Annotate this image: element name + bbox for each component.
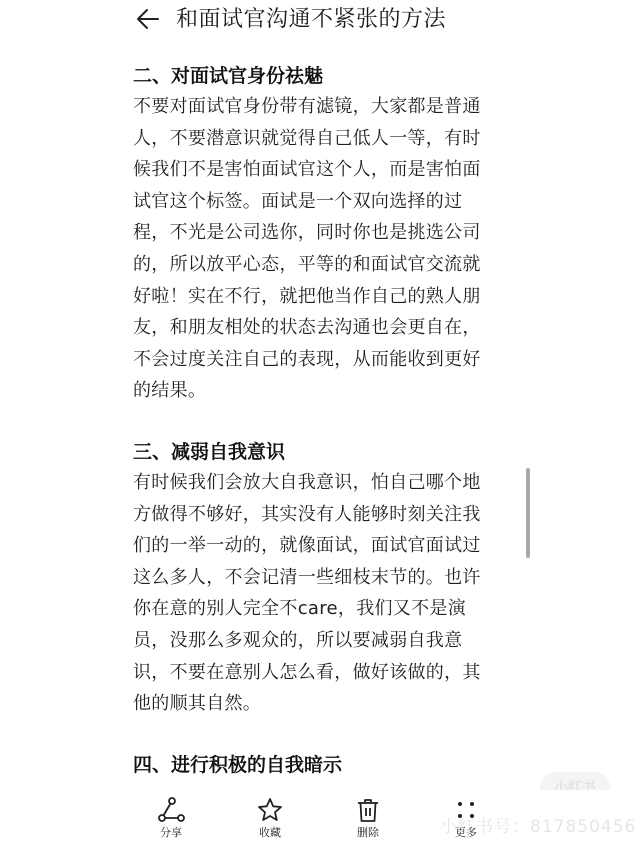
- favorite-label: 收藏: [240, 826, 300, 840]
- section-2: 二、对面试官身份祛魅 不要对面试官身份带有滤镜，大家都是普通 人，不要潜意识就觉…: [133, 61, 533, 407]
- section-title: 三、减弱自我意识: [133, 437, 533, 467]
- section-paragraph: 不要对面试官身份带有滤镜，大家都是普通 人，不要潜意识就觉得自己低人一等，有时 …: [133, 91, 533, 407]
- page-title: 和面试官沟通不紧张的方法: [176, 4, 446, 36]
- text-line: 的结果。: [133, 375, 533, 407]
- text-line: 员，没那么多观众的，所以要减弱自我意: [133, 625, 533, 657]
- text-line: 好啦！实在不行，就把他当作自己的熟人朋: [133, 281, 533, 313]
- text-line: 人，不要潜意识就觉得自己低人一等，有时: [133, 123, 533, 155]
- section-title: 四、进行积极的自我暗示: [133, 750, 533, 780]
- spacer: [133, 720, 533, 750]
- trash-icon: [354, 796, 382, 824]
- text-line: 候我们不是害怕面试官这个人，而是害怕面: [133, 154, 533, 186]
- watermark-text: 小红书号：817850456: [440, 812, 636, 837]
- text-line: 的，所以放平心态，平等的和面试官交流就: [133, 249, 533, 281]
- text-line: 识，不要在意别人怎么看，做好该做的，其: [133, 657, 533, 689]
- text-line: 程，不光是公司选你，同时你也是挑选公司: [133, 217, 533, 249]
- article-content[interactable]: 二、对面试官身份祛魅 不要对面试官身份带有滤镜，大家都是普通 人，不要潜意识就觉…: [133, 61, 533, 781]
- delete-button[interactable]: 删除: [338, 796, 398, 840]
- delete-label: 删除: [338, 826, 398, 840]
- spacer: [133, 407, 533, 437]
- text-line: 友，和朋友相处的状态去沟通也会更自在，: [133, 312, 533, 344]
- section-paragraph: 有时候我们会放大自我意识，怕自己哪个地 方做得不够好，其实没有人能够时刻关注我 …: [133, 467, 533, 720]
- text-line: 这么多人，不会记清一些细枝末节的。也许: [133, 562, 533, 594]
- favorite-button[interactable]: 收藏: [240, 796, 300, 840]
- share-icon: [157, 796, 185, 824]
- text-line: 有时候我们会放大自我意识，怕自己哪个地: [133, 467, 533, 499]
- text-line: 方做得不够好，其实没有人能够时刻关注我: [133, 499, 533, 531]
- share-label: 分享: [141, 826, 201, 840]
- text-line: 你在意的别人完全不care，我们又不是演: [133, 593, 533, 625]
- text-line: 他的顺其自然。: [133, 688, 533, 720]
- header-bar: 和面试官沟通不紧张的方法: [0, 0, 639, 44]
- scrollbar[interactable]: [526, 468, 530, 558]
- text-line: 不要对面试官身份带有滤镜，大家都是普通: [133, 91, 533, 123]
- arrow-left-icon[interactable]: [134, 6, 160, 32]
- text-line: 试官这个标签。面试是一个双向选择的过: [133, 186, 533, 218]
- section-4: 四、进行积极的自我暗示: [133, 750, 533, 780]
- section-title: 二、对面试官身份祛魅: [133, 61, 533, 91]
- section-3: 三、减弱自我意识 有时候我们会放大自我意识，怕自己哪个地 方做得不够好，其实没有…: [133, 437, 533, 720]
- share-button[interactable]: 分享: [141, 796, 201, 840]
- star-icon: [256, 796, 284, 824]
- text-line: 不会过度关注自己的表现，从而能收到更好: [133, 344, 533, 376]
- text-line: 们的一举一动的，就像面试，面试官面试过: [133, 530, 533, 562]
